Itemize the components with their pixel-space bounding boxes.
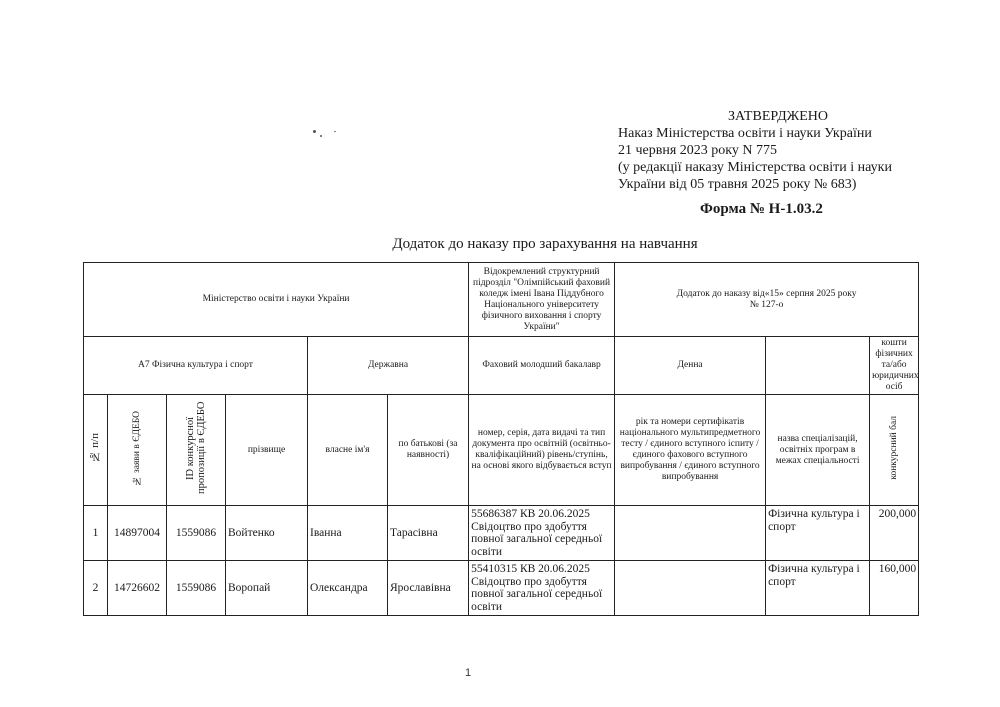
- cell-offer-id: 1559086: [167, 506, 226, 561]
- empty-cell: [766, 337, 870, 395]
- approval-title: ЗАТВЕРДЖЕНО: [618, 108, 918, 125]
- col-header-num: № п/п: [84, 395, 108, 506]
- order-ref: Додаток до наказу від«15» серпня 2025 ро…: [677, 289, 857, 299]
- specialty-cell: А7 Фізична культура і спорт: [84, 337, 308, 395]
- cell-first-name: Олександра: [308, 561, 388, 616]
- funding-source-cell: кошти фізичних та/або юридичних осіб: [870, 337, 919, 395]
- cell-patronymic: Ярославівна: [388, 561, 469, 616]
- col-header-offer-id: ID конкурсної пропозиції в ЄДЕБО: [167, 395, 226, 506]
- column-header-row: № п/п № заяви в ЄДЕБО ID конкурсної проп…: [84, 395, 919, 506]
- funding-cell: Державна: [308, 337, 469, 395]
- cell-offer-id: 1559086: [167, 561, 226, 616]
- table-row: 1 14897004 1559086 Войтенко Іванна Тарас…: [84, 506, 919, 561]
- approval-block: ЗАТВЕРДЖЕНО Наказ Міністерства освіти і …: [618, 108, 918, 193]
- col-header-score: конкурсний бал: [870, 395, 919, 506]
- study-form-cell: Денна: [615, 337, 766, 395]
- institution-cell: Відокремлений структурний підрозділ "Олі…: [469, 263, 615, 337]
- order-number: № 127-о: [750, 300, 784, 310]
- cell-surname: Войтенко: [226, 506, 308, 561]
- header-row-program: А7 Фізична культура і спорт Державна Фах…: [84, 337, 919, 395]
- cell-first-name: Іванна: [308, 506, 388, 561]
- cell-surname: Воропай: [226, 561, 308, 616]
- cell-application-no: 14897004: [108, 506, 167, 561]
- cell-program: Фізична культура і спорт: [766, 506, 870, 561]
- cell-certificates: [615, 561, 766, 616]
- col-header-surname: прізвище: [226, 395, 308, 506]
- col-header-application-no: № заяви в ЄДЕБО: [108, 395, 167, 506]
- cell-document: 55410315 КВ 20.06.2025 Свідоцтво про здо…: [469, 561, 615, 616]
- cell-application-no: 14726602: [108, 561, 167, 616]
- ministry-cell: Міністерство освіти і науки України: [84, 263, 469, 337]
- cell-certificates: [615, 506, 766, 561]
- degree-cell: Фаховий молодший бакалавр: [469, 337, 615, 395]
- cell-patronymic: Тарасівна: [388, 506, 469, 561]
- approval-line: 21 червня 2023 року N 775: [618, 142, 918, 159]
- order-ref-cell: Додаток до наказу від«15» серпня 2025 ро…: [615, 263, 919, 337]
- scan-speck: [334, 131, 336, 132]
- approval-line: (у редакції наказу Міністерства освіти і…: [618, 159, 918, 176]
- cell-score: 160,000: [870, 561, 919, 616]
- cell-num: 1: [84, 506, 108, 561]
- cell-score: 200,000: [870, 506, 919, 561]
- col-header-document: номер, серія, дата видачі та тип докумен…: [469, 395, 615, 506]
- cell-program: Фізична культура і спорт: [766, 561, 870, 616]
- table-row: 2 14726602 1559086 Воропай Олександра Яр…: [84, 561, 919, 616]
- cell-document: 55686387 КВ 20.06.2025 Свідоцтво про здо…: [469, 506, 615, 561]
- col-header-patronymic: по батькові (за наявності): [388, 395, 469, 506]
- approval-line: Наказ Міністерства освіти і науки Україн…: [618, 125, 918, 142]
- document-heading: Додаток до наказу про зарахування на нав…: [0, 236, 1000, 253]
- scan-speck: [320, 135, 322, 137]
- page-number: 1: [465, 667, 471, 679]
- col-header-first-name: власне ім'я: [308, 395, 388, 506]
- col-header-program: назва спеціалізацій, освітніх програм в …: [766, 395, 870, 506]
- col-header-certificates: рік та номери сертифікатів національного…: [615, 395, 766, 506]
- form-number: Форма № Н-1.03.2: [700, 201, 823, 218]
- cell-num: 2: [84, 561, 108, 616]
- approval-line: України від 05 травня 2025 року № 683): [618, 176, 918, 193]
- scan-speck: [313, 130, 316, 133]
- header-row-institution: Міністерство освіти і науки України Відо…: [84, 263, 919, 337]
- enrollment-table: Міністерство освіти і науки України Відо…: [83, 262, 919, 616]
